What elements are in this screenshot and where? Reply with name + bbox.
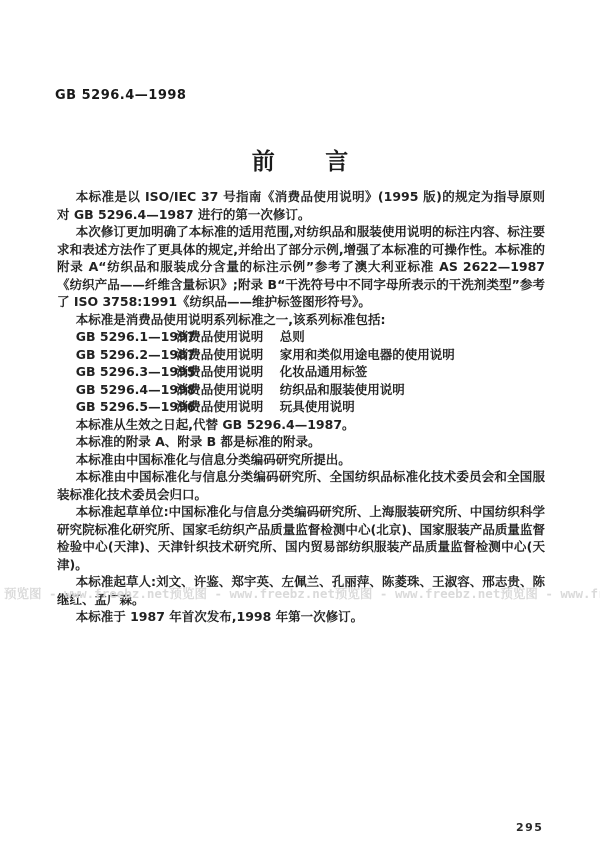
page-title: 前言 (0, 143, 600, 176)
standard-name: 纺织品和服装使用说明 (280, 381, 545, 399)
standards-list-row: GB 5296.1—1997 消费品使用说明 总则 (57, 328, 545, 346)
standard-series: 消费品使用说明 (176, 381, 280, 399)
paragraph: 本标准是以 ISO/IEC 37 号指南《消费品使用说明》(1995 版)的规定… (57, 188, 545, 223)
paragraph: 本标准从生效之日起,代替 GB 5296.4—1987。 (57, 416, 545, 434)
standard-name: 家用和类似用途电器的使用说明 (280, 346, 545, 364)
page-number: 295 (516, 821, 543, 834)
standard-name: 玩具使用说明 (280, 398, 545, 416)
standards-list-row: GB 5296.4—1998 消费品使用说明 纺织品和服装使用说明 (57, 381, 545, 399)
standard-name: 总则 (280, 328, 545, 346)
standards-list-row: GB 5296.3—1995 消费品使用说明 化妆品通用标签 (57, 363, 545, 381)
standard-name: 化妆品通用标签 (280, 363, 545, 381)
paragraph: 本标准由中国标准化与信息分类编码研究所、全国纺织品标准化技术委员会和全国服装标准… (57, 468, 545, 503)
paragraph: 本标准起草单位:中国标准化与信息分类编码研究所、上海服装研究所、中国纺织科学研究… (57, 503, 545, 573)
paragraph: 本标准是消费品使用说明系列标准之一,该系列标准包括: (57, 311, 545, 329)
standards-list-row: GB 5296.2—1987 消费品使用说明 家用和类似用途电器的使用说明 (57, 346, 545, 364)
watermark-text: 预览图 - www.freebz.net (335, 584, 500, 600)
watermark-text: 预览图 - www.freebz.net (500, 584, 600, 600)
watermark-text: 预览图 - www.freebz.net (169, 584, 334, 600)
standard-series: 消费品使用说明 (176, 346, 280, 364)
foreword-body: 本标准是以 ISO/IEC 37 号指南《消费品使用说明》(1995 版)的规定… (57, 188, 545, 626)
standard-code: GB 5296.2—1987 (76, 346, 176, 364)
standards-list-row: GB 5296.5—1996 消费品使用说明 玩具使用说明 (57, 398, 545, 416)
standard-series: 消费品使用说明 (176, 398, 280, 416)
document-page: GB 5296.4—1998 前言 本标准是以 ISO/IEC 37 号指南《消… (0, 0, 600, 861)
paragraph: 本标准由中国标准化与信息分类编码研究所提出。 (57, 451, 545, 469)
standard-series: 消费品使用说明 (176, 328, 280, 346)
paragraph: 本标准的附录 A、附录 B 都是标准的附录。 (57, 433, 545, 451)
watermark-band: 预览图 - www.freebz.net 预览图 - www.freebz.ne… (0, 584, 600, 600)
standard-code: GB 5296.5—1996 (76, 398, 176, 416)
standard-code: GB 5296.1—1997 (76, 328, 176, 346)
standard-code: GB 5296.3—1995 (76, 363, 176, 381)
standard-series: 消费品使用说明 (176, 363, 280, 381)
paragraph: 本次修订更加明确了本标准的适用范围,对纺织品和服装使用说明的标注内容、标注要求和… (57, 223, 545, 311)
paragraph: 本标准于 1987 年首次发布,1998 年第一次修订。 (57, 608, 545, 626)
standard-code: GB 5296.4—1998 (76, 381, 176, 399)
watermark-text: 预览图 - www.freebz.net (4, 584, 169, 600)
standard-code-header: GB 5296.4—1998 (55, 88, 186, 103)
